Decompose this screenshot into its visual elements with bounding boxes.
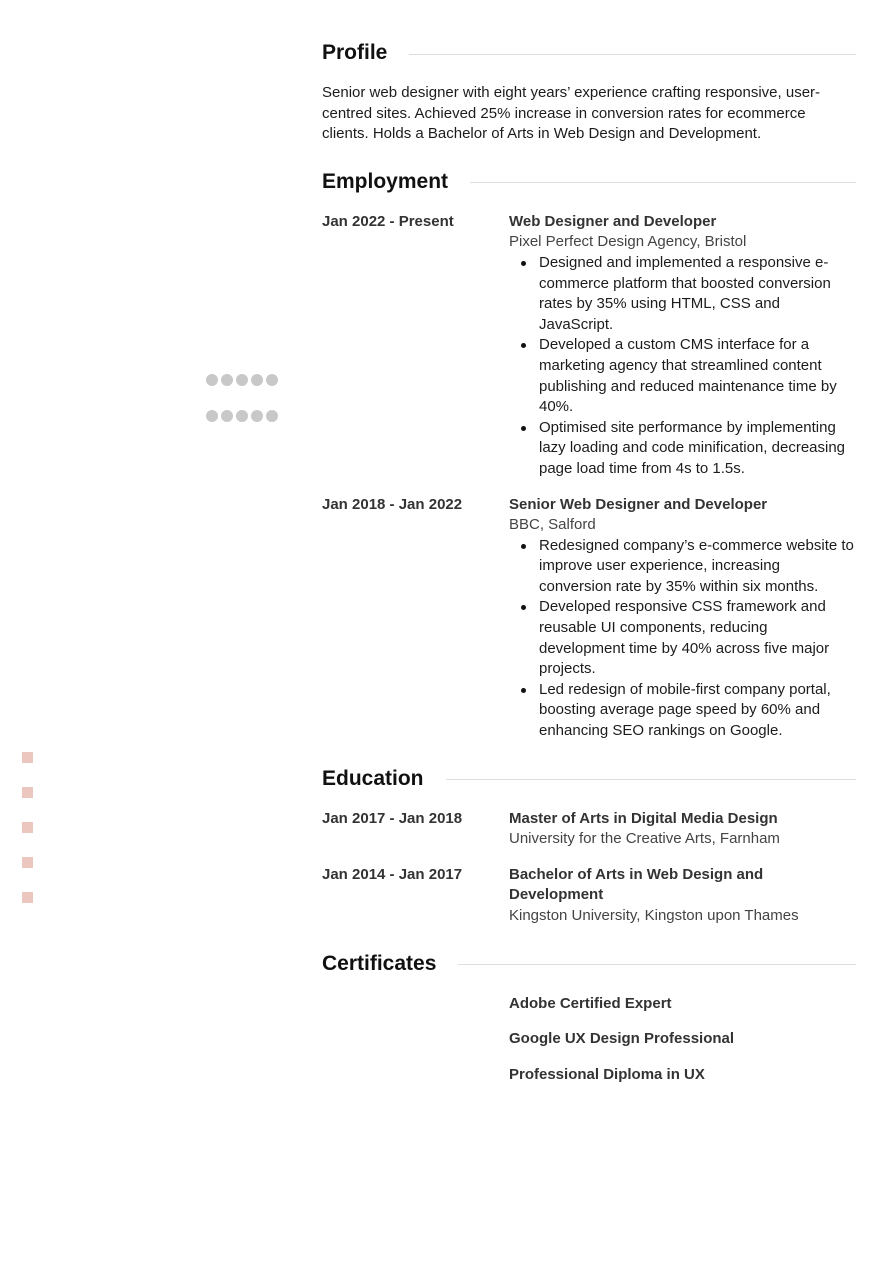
- square-marker-icon: [22, 752, 33, 763]
- section-header: Education: [322, 764, 856, 794]
- employment-entry: Jan 2022 - Present Web Designer and Deve…: [322, 212, 856, 480]
- rating-dot-icon: [206, 374, 218, 386]
- education-section: Education Jan 2017 - Jan 2018 Master of …: [322, 764, 856, 927]
- employer: BBC, Salford: [509, 515, 856, 536]
- achievement-item: Developed responsive CSS framework and r…: [509, 597, 856, 679]
- section-header: Employment: [322, 167, 856, 197]
- section-divider: [458, 964, 856, 965]
- certificate-item: Professional Diploma in UX: [509, 1065, 856, 1086]
- profile-section: Profile Senior web designer with eight y…: [322, 38, 856, 145]
- achievement-item: Led redesign of mobile-first company por…: [509, 680, 856, 742]
- square-marker-icon: [22, 892, 33, 903]
- achievement-item: Designed and implemented a responsive e-…: [509, 253, 856, 335]
- job-title: Web Designer and Developer: [509, 212, 856, 233]
- education-entry: Jan 2014 - Jan 2017 Bachelor of Arts in …: [322, 865, 856, 927]
- employer: Pixel Perfect Design Agency, Bristol: [509, 232, 856, 253]
- square-marker-icon: [22, 822, 33, 833]
- entry-date: Jan 2022 - Present: [322, 212, 509, 480]
- employment-entry: Jan 2018 - Jan 2022 Senior Web Designer …: [322, 495, 856, 742]
- profile-text: Senior web designer with eight years’ ex…: [322, 83, 856, 145]
- achievement-item: Optimised site performance by implementi…: [509, 418, 856, 480]
- employment-section: Employment Jan 2022 - Present Web Design…: [322, 167, 856, 742]
- certificates-section: Certificates Adobe Certified Expert Goog…: [322, 949, 856, 1086]
- section-divider: [409, 54, 856, 55]
- rating-dot-icon: [236, 374, 248, 386]
- entry-date: Jan 2014 - Jan 2017: [322, 865, 509, 927]
- section-title: Employment: [322, 170, 448, 194]
- language-markers: [22, 752, 33, 903]
- skill-rating-2: [206, 410, 280, 422]
- achievement-item: Redesigned company’s e-commerce website …: [509, 536, 856, 598]
- section-title: Certificates: [322, 952, 436, 976]
- education-entry: Jan 2017 - Jan 2018 Master of Arts in Di…: [322, 809, 856, 850]
- achievement-list: Designed and implemented a responsive e-…: [509, 253, 856, 480]
- skill-rating-1: [206, 374, 280, 386]
- square-marker-icon: [22, 787, 33, 798]
- section-divider: [470, 182, 856, 183]
- rating-dot-icon: [251, 410, 263, 422]
- resume-main: Profile Senior web designer with eight y…: [322, 38, 856, 1107]
- institution: Kingston University, Kingston upon Thame…: [509, 906, 856, 927]
- rating-dot-icon: [266, 410, 278, 422]
- entry-body: Master of Arts in Digital Media Design U…: [509, 809, 856, 850]
- section-header: Certificates: [322, 949, 856, 979]
- square-marker-icon: [22, 857, 33, 868]
- achievement-item: Developed a custom CMS interface for a m…: [509, 335, 856, 417]
- entry-body: Senior Web Designer and Developer BBC, S…: [509, 495, 856, 742]
- section-header: Profile: [322, 38, 856, 68]
- rating-dot-icon: [221, 374, 233, 386]
- rating-dot-icon: [266, 374, 278, 386]
- entry-date: Jan 2017 - Jan 2018: [322, 809, 509, 850]
- section-divider: [446, 779, 856, 780]
- certificate-item: Google UX Design Professional: [509, 1029, 856, 1050]
- degree: Master of Arts in Digital Media Design: [509, 809, 856, 830]
- rating-dot-icon: [221, 410, 233, 422]
- entry-body: Bachelor of Arts in Web Design and Devel…: [509, 865, 856, 927]
- rating-dot-icon: [206, 410, 218, 422]
- rating-dot-icon: [236, 410, 248, 422]
- achievement-list: Redesigned company’s e-commerce website …: [509, 536, 856, 742]
- job-title: Senior Web Designer and Developer: [509, 495, 856, 516]
- entry-body: Web Designer and Developer Pixel Perfect…: [509, 212, 856, 480]
- certificate-list: Adobe Certified Expert Google UX Design …: [322, 994, 856, 1086]
- rating-dot-icon: [251, 374, 263, 386]
- section-title: Education: [322, 767, 424, 791]
- section-title: Profile: [322, 41, 387, 65]
- entry-date: Jan 2018 - Jan 2022: [322, 495, 509, 742]
- institution: University for the Creative Arts, Farnha…: [509, 829, 856, 850]
- certificate-item: Adobe Certified Expert: [509, 994, 856, 1015]
- degree: Bachelor of Arts in Web Design and Devel…: [509, 865, 856, 906]
